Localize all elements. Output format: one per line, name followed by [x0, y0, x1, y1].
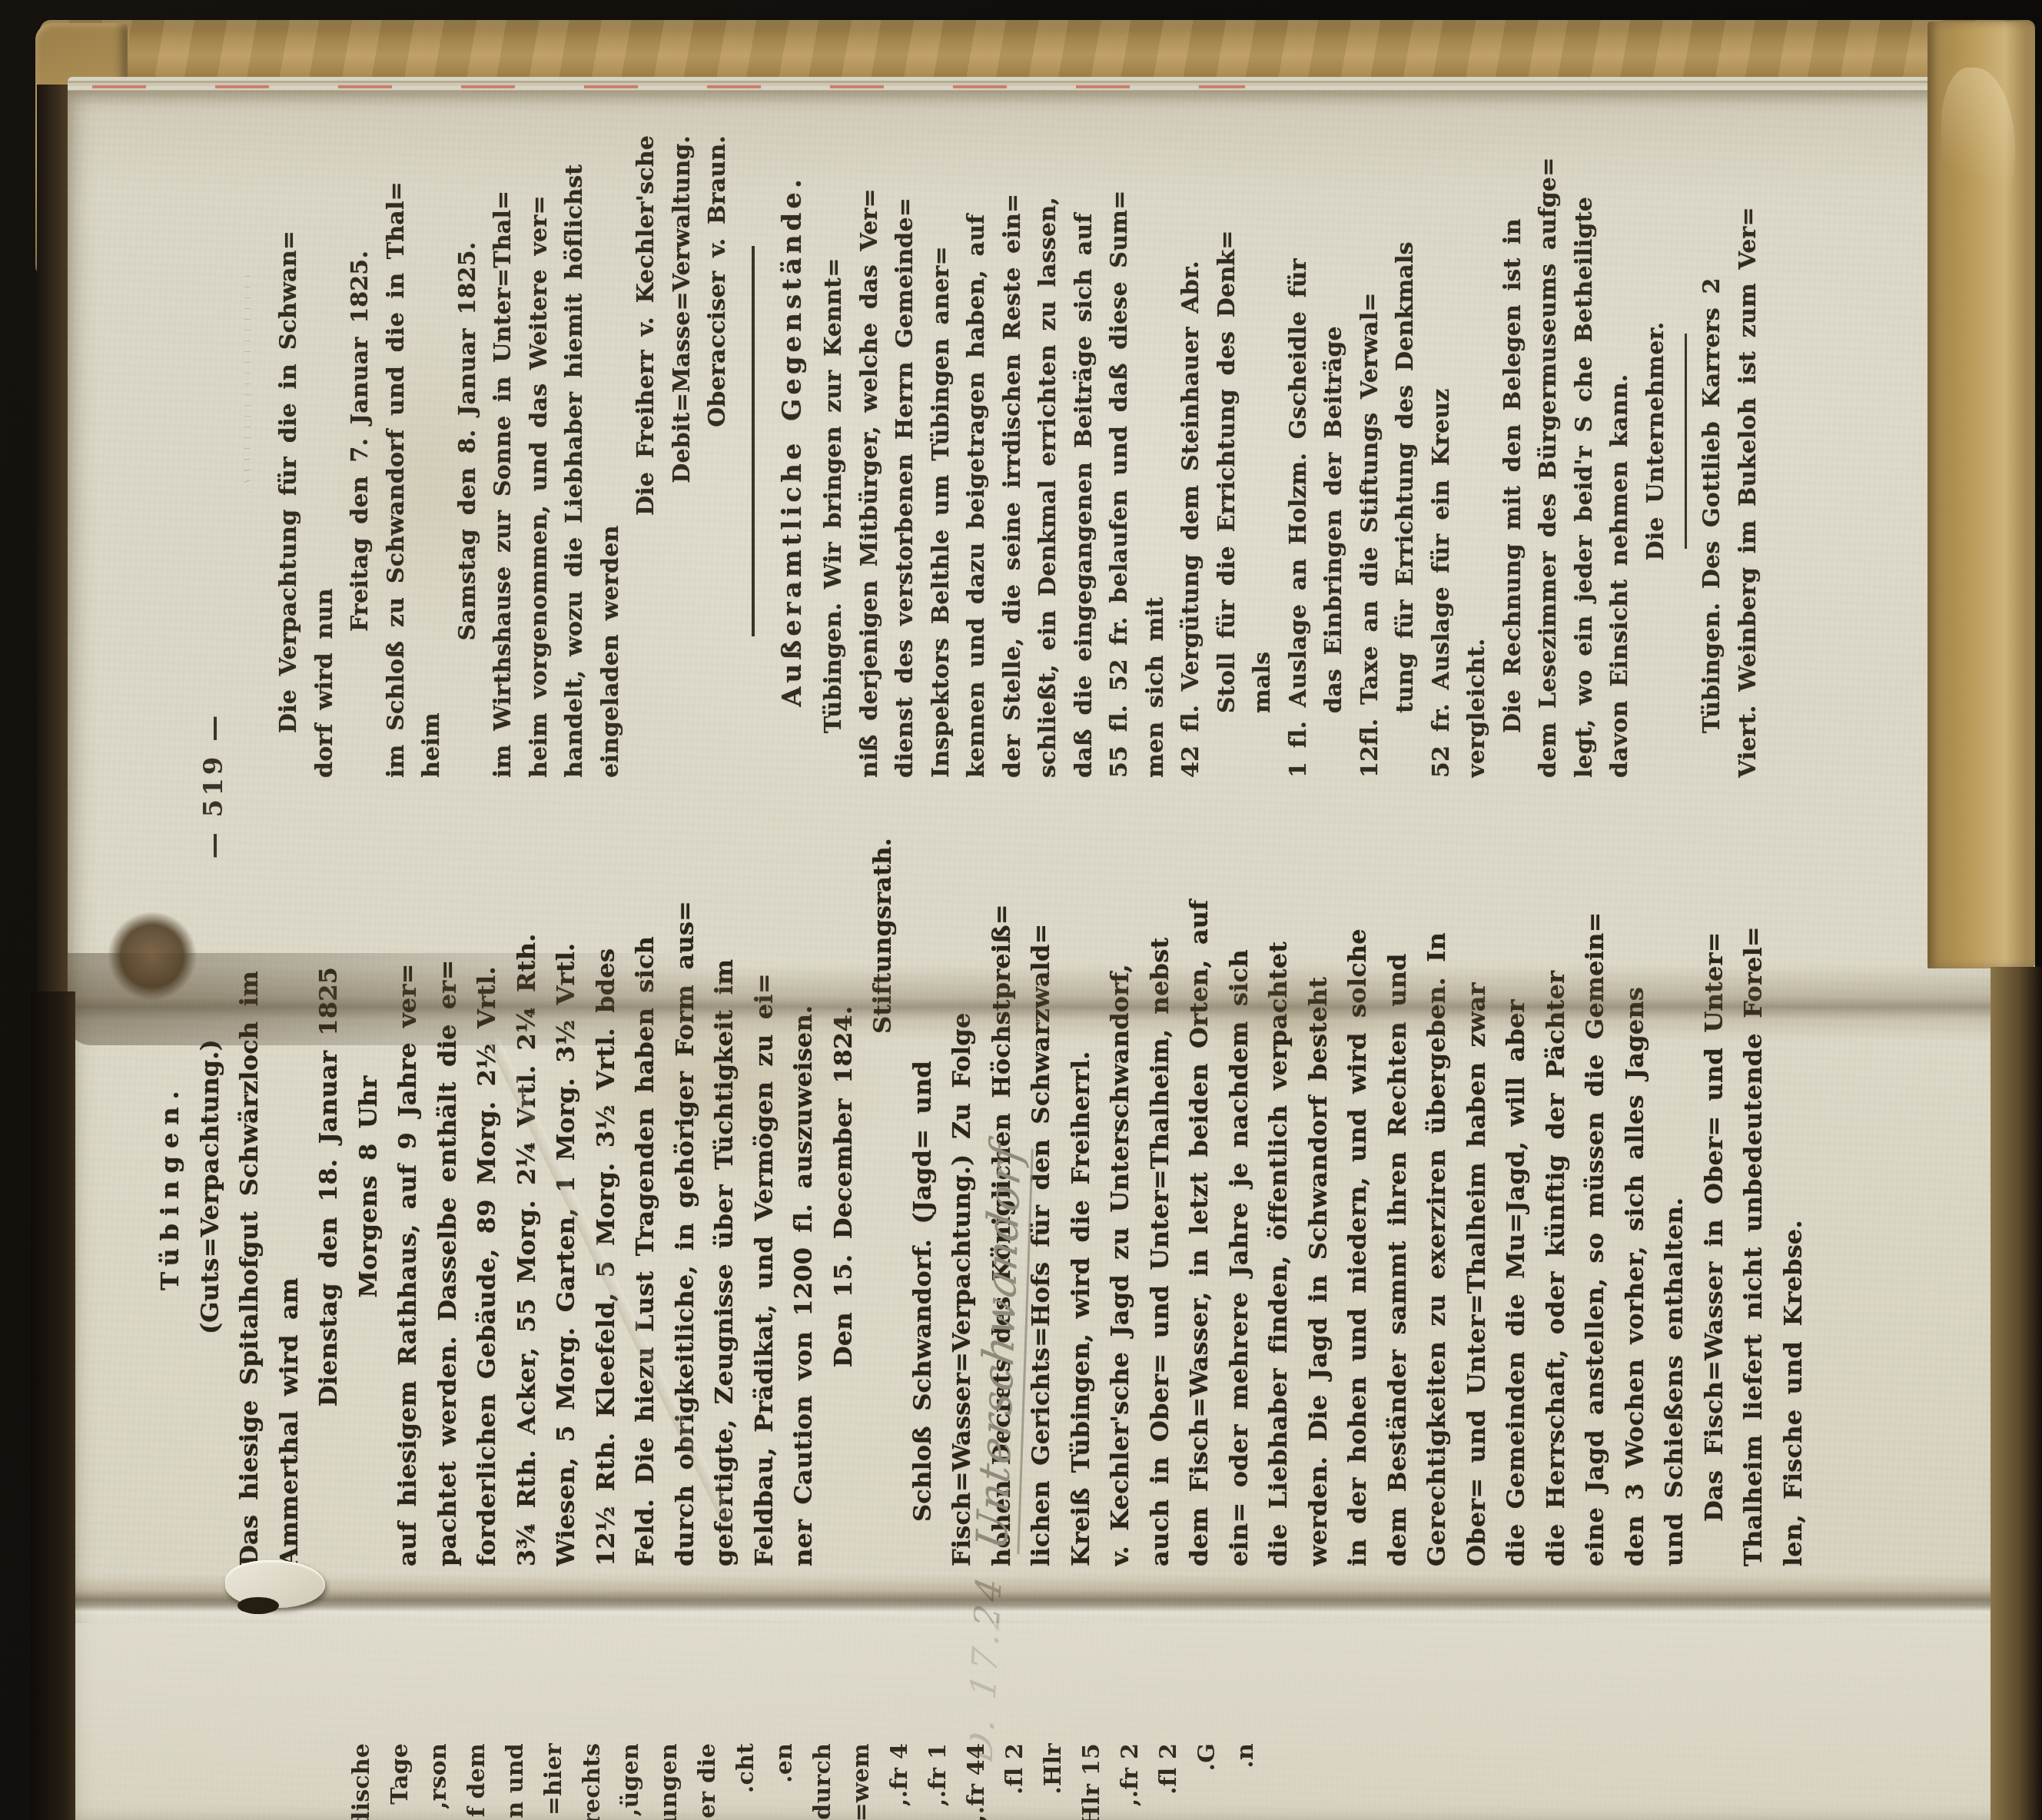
text-line: Dienstag den 18. Januar 1825	[309, 807, 349, 1566]
handwriting-place: Unterschwandorf	[970, 1138, 1034, 1554]
text-line: Die Rechnung mit den Belegen ist in	[1496, 105, 1532, 778]
text-tip: cht.	[727, 1743, 765, 1820]
text-line: Morgens 8 Uhr	[349, 807, 389, 1566]
text-line: 1 fl. Auslage an Holzm. Gscheidle für	[1281, 105, 1317, 778]
text-line: die Herrschaft, oder künftig der Pächter	[1536, 807, 1576, 1566]
text-line: Stiftungsrath.	[863, 807, 903, 1566]
text-tip: rson,	[420, 1743, 458, 1820]
text-line: ner Caution von 1200 fl. auszuweisen.	[784, 807, 824, 1566]
text-line: 3¾ Rth. Acker, 55 Morg. 2¼ Vrtl. 2¼ Rth.	[507, 807, 547, 1566]
text-line: Die Freiherr v. Kechler'sche	[629, 105, 665, 778]
text-line: Freitag den 7. Januar 1825.	[343, 105, 379, 778]
text-line: (Guts=Verpachtung.)	[191, 807, 231, 1566]
text-tip: 4 fr.,	[881, 1743, 919, 1820]
text-line: eine Jagd anstellen, so müssen die Gemei…	[1575, 807, 1615, 1566]
text-line: dienst des verstorbenen Herrn Gemeinde=	[888, 105, 924, 778]
text-tip: 1 fr.,	[919, 1743, 958, 1820]
leaf-fold-edge	[68, 1574, 2035, 1628]
text-tip: 2 fr.,	[1111, 1743, 1150, 1820]
text-line: heim	[414, 105, 450, 778]
text-line: tung für Errichtung des Denkmals	[1388, 105, 1424, 778]
text-tip: f dem	[458, 1743, 496, 1820]
text-line: heim vorgenommen, und das Weitere ver=	[522, 105, 558, 778]
lower-left-dark-edge	[31, 991, 75, 1820]
text-tip: rechts=	[573, 1743, 612, 1820]
text-line: Ober= und Unter=Thalheim haben zwar	[1457, 807, 1497, 1566]
text-line: Die Verpachtung für die in Schwan=	[271, 105, 307, 778]
text-line: 12½ Rth. Kleefeld, 5 Morg. 3½ Vrtl. bdes	[586, 807, 626, 1566]
text-line: in der hohen und niedern, und wird solch…	[1338, 807, 1378, 1566]
text-tip: n.	[1227, 1743, 1265, 1820]
text-line: forderlichen Gebäude, 89 Morg. 2½ Vrtl.	[467, 807, 507, 1566]
text-line: mals	[1245, 105, 1281, 778]
text-line: davon Einsicht nehmen kann.	[1602, 105, 1639, 778]
text-line: 52 fr. Auslage für ein Kreuz	[1424, 105, 1460, 778]
text-tip: G.	[1188, 1743, 1227, 1820]
text-line: den 3 Wochen vorher, sich alles Jagens	[1615, 807, 1655, 1566]
pencil-scribble	[244, 275, 258, 500]
text-line: men sich mit	[1138, 105, 1174, 778]
right-lower-page-edge	[1991, 967, 2042, 1820]
text-tip: wem=	[842, 1743, 881, 1820]
book-cover-right-edge	[1927, 22, 2035, 968]
text-tip: dische	[343, 1743, 381, 1820]
column-right: Die Verpachtung für die in Schwan=dorf w…	[142, 105, 1870, 778]
text-line: die Gemeinden die Mu=Jagd, will aber	[1496, 807, 1536, 1566]
text-line: legt, wo ein jeder beid'r S che Betheili…	[1567, 105, 1603, 778]
text-line: Den 15. December 1824.	[824, 807, 864, 1566]
text-line: Außeramtliche Gegenstände.	[767, 105, 817, 778]
red-edge-mark	[92, 85, 1245, 88]
text-line: dorf wird nun	[307, 105, 344, 778]
text-line: das Einbringen der Beiträge	[1317, 105, 1353, 778]
text-line: Die Unternehmer.	[1639, 105, 1675, 778]
text-line: ein= oder mehrere Jahre je nachdem sich	[1220, 807, 1260, 1566]
text-line: 55 fl. 52 fr. belaufen und daß diese Sum…	[1102, 105, 1138, 778]
text-tip: ügen,	[612, 1743, 650, 1820]
text-line	[752, 246, 755, 636]
text-line: Gerechtigkeiten zu exerziren übergeben. …	[1417, 807, 1457, 1566]
text-line: dem Lesezimmer des Bürgermuseums aufge=	[1531, 105, 1567, 778]
text-tip: Tage	[381, 1743, 420, 1820]
text-line: dem Beständer sammt ihren Rechten und	[1378, 807, 1418, 1566]
text-line: Schloß Schwandorf. (Jagd= und	[903, 807, 943, 1566]
text-line: gefertigte, Zeugnisse über Tüchtigkeit i…	[705, 807, 745, 1566]
text-tip: 2 fl.	[996, 1743, 1034, 1820]
text-line: der Stelle, die seine irrdischen Reste e…	[995, 105, 1031, 778]
text-line: daß die eingegangenen Beiträge sich auf	[1067, 105, 1103, 778]
text-line: und Schießens enthalten.	[1655, 807, 1695, 1566]
text-line: Inspektors Belthle um Tübingen aner=	[924, 105, 960, 778]
text-tip: Hlr.	[1034, 1743, 1073, 1820]
text-line: Das hiesige Spitalhofgut Schwärzloch im	[230, 807, 270, 1566]
text-line: die Liebhaber finden, öffentlich verpach…	[1259, 807, 1299, 1566]
text-line: 12fl. Taxe an die Stiftungs Verwal=	[1353, 105, 1389, 778]
text-line: kennen und dazu beigetragen haben, auf	[959, 105, 995, 778]
text-line: Samstag den 8. Januar 1825.	[450, 105, 486, 778]
text-tip: 2 fl.	[1150, 1743, 1188, 1820]
text-tip: ungen	[650, 1743, 689, 1820]
text-line: Feldbau, Prädikat, und Vermögen zu ei=	[745, 807, 785, 1566]
text-tip: n und	[496, 1743, 535, 1820]
text-line: Thalheim liefert nicht unbedeutende Fore…	[1734, 807, 1774, 1566]
text-line: werden. Die Jagd in Schwandorf besteht	[1299, 807, 1339, 1566]
paper-flake	[225, 1560, 325, 1608]
text-line: Viert. Weinberg im Bukeloh ist zum Ver=	[1731, 105, 1767, 778]
page-519: — 519 — Die Verpachtung für die in Schwa…	[68, 91, 2035, 1820]
text-line: im Schloß zu Schwandorf und die in Thal=	[379, 105, 415, 778]
text-tip: hier=	[535, 1743, 573, 1820]
text-line: eingeladen werden	[593, 105, 629, 778]
text-line: vergleicht.	[1459, 105, 1496, 778]
text-tip: 44 fr.,	[958, 1743, 996, 1820]
text-line: niß derjenigen Mitbürger, welche das Ver…	[852, 105, 888, 778]
text-line: auf hiesigem Rathhaus, auf 9 Jahre ver=	[388, 807, 428, 1566]
text-line: handelt, wozu die Liebhaber hiemit höfli…	[557, 105, 593, 778]
text-line: 42 fl. Vergütung dem Steinhauer Abr.	[1174, 105, 1210, 778]
text-line: dem Fisch=Wasser, in letzt beiden Orten,…	[1180, 807, 1220, 1566]
text-line: len, Fische und Krebse.	[1774, 807, 1814, 1566]
under-leaf-text-tips: discheTagerson,f demn undhier=rechts=üge…	[343, 1743, 1334, 1820]
text-line: Tübingen. Des Gottlieb Karrers 2	[1695, 105, 1731, 778]
text-line: Stoll für die Errichtung des Denk=	[1210, 105, 1246, 778]
text-tip: 15 Hlr.	[1073, 1743, 1111, 1820]
text-line: Debit=Masse=Verwaltung.	[665, 105, 701, 778]
book-scan: — 519 — Die Verpachtung für die in Schwa…	[0, 0, 2042, 1820]
text-tip: en.	[765, 1743, 804, 1820]
text-line: schließt, ein Denkmal errichten zu lasse…	[1031, 105, 1067, 778]
text-line: im Wirthshause zur Sonne in Unter=Thal=	[486, 105, 522, 778]
text-line: Ammerthal wird am	[270, 807, 310, 1566]
text-line	[1685, 334, 1687, 549]
text-line: Oberacciser v. Braun.	[700, 105, 736, 778]
text-line: Das Fisch=Wasser in Ober= und Unter=	[1695, 807, 1735, 1566]
text-tip: er die	[689, 1743, 727, 1820]
text-line: Tübingen. Wir bringen zur Kennt=	[816, 105, 852, 778]
text-line: Feld. Die hiezu Lust Tragenden haben sic…	[626, 807, 666, 1566]
text-tip: durch	[804, 1743, 842, 1820]
text-line: pachtet werden. Dasselbe enthält die er=	[428, 807, 468, 1566]
